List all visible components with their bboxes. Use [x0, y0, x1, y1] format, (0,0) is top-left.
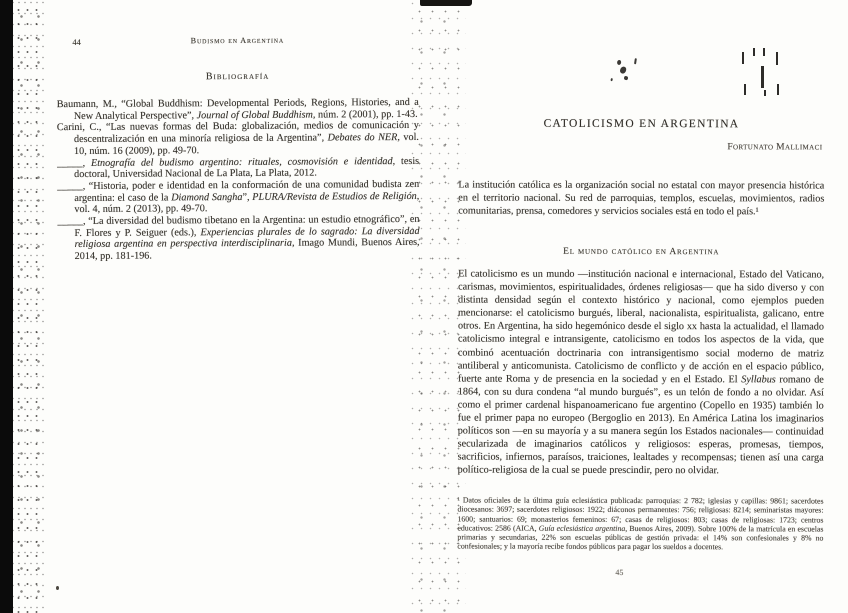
- scan-edge-bar: [0, 0, 13, 613]
- scan-artifact-top-mark: [420, 0, 472, 6]
- bibliography-entry: Baumann, M., “Global Buddhism: Developme…: [57, 97, 419, 123]
- right-page: CATOLICISMO EN ARGENTINA Fortunato Malli…: [457, 40, 824, 601]
- ink-smudge: [610, 53, 642, 89]
- bibliography-entry: _____, “La diversidad del budismo tibeta…: [57, 214, 419, 263]
- page-number-left: 44: [72, 37, 81, 47]
- running-header-row: 44 Budismo en Argentina: [56, 35, 418, 46]
- running-header-title: Budismo en Argentina: [191, 36, 284, 46]
- author-name: Fortunato Mallimaci: [727, 142, 822, 152]
- bibliography-heading: Bibliografía: [57, 70, 419, 83]
- stamp-marks: [742, 48, 782, 98]
- left-page: 44 Budismo en Argentina Bibliografía Bau…: [56, 29, 421, 591]
- section-heading: El mundo católico en Argentina: [458, 247, 824, 258]
- bibliography-entry: Carini, C., “Las nuevas formas del Buda:…: [57, 120, 419, 157]
- bibliography-entry: _____, Etnografía del budismo argentino:…: [57, 155, 419, 181]
- footnote: ¹ Datos oficiales de la última guía ecle…: [457, 496, 823, 553]
- bibliography-list: Baumann, M., “Global Buddhism: Developme…: [57, 97, 420, 263]
- intro-paragraph: La institución católica es la organizaci…: [458, 179, 824, 219]
- bibliography-entry: _____, “Historia, poder e identidad en l…: [57, 179, 419, 216]
- body-paragraph: El catolicismo es un mundo —institución …: [458, 268, 825, 478]
- scanned-book-spread: 44 Budismo en Argentina Bibliografía Bau…: [0, 0, 848, 613]
- scan-dot-artifact: [56, 586, 59, 590]
- scan-noise-left: [12, 0, 44, 613]
- chapter-title: CATOLICISMO EN ARGENTINA: [458, 118, 824, 131]
- page-number-right: 45: [615, 568, 623, 577]
